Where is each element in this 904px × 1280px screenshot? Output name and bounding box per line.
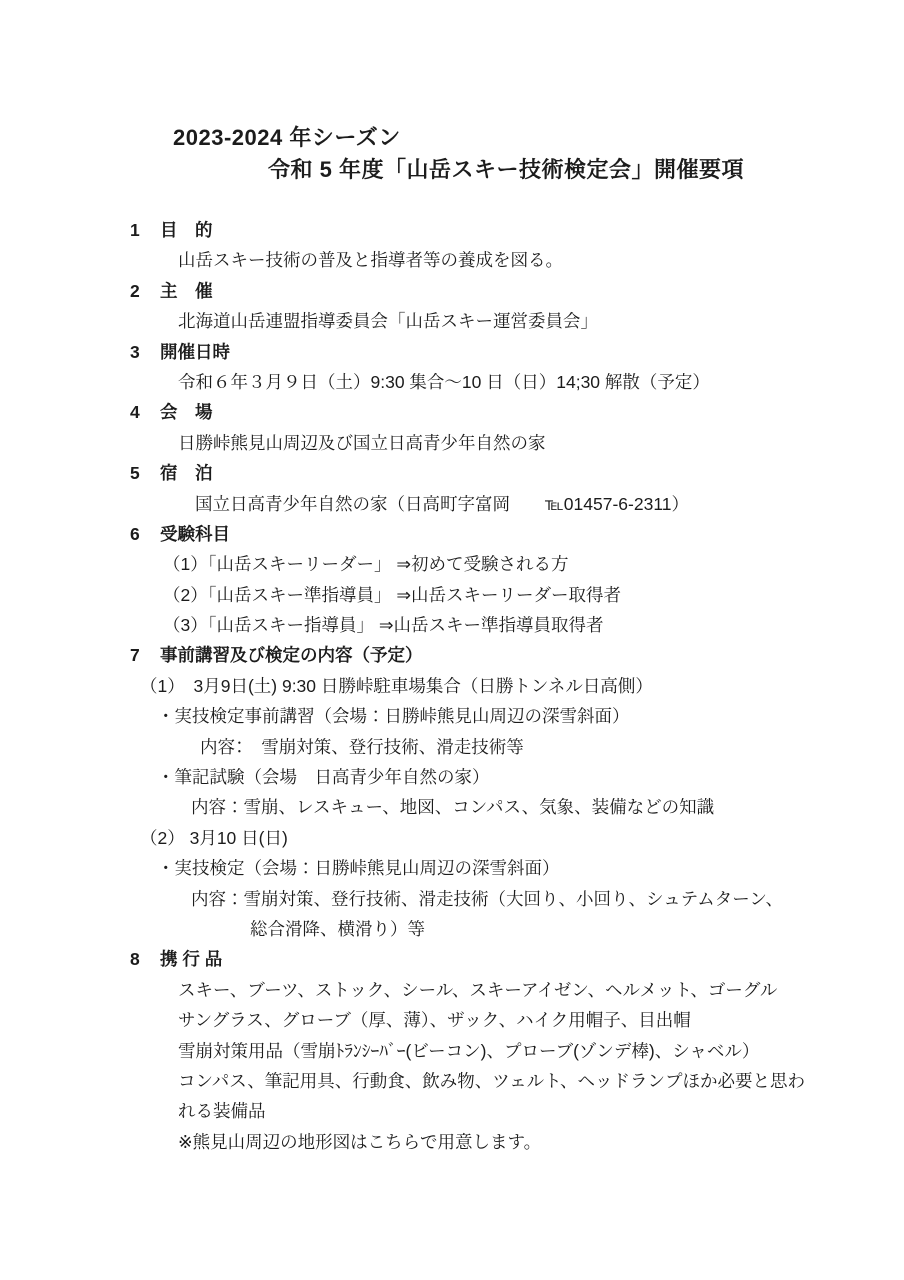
- section-1-line: 山岳スキー技術の普及と指導者等の養成を図る。: [0, 245, 904, 275]
- section-8-title: 携 行 品: [160, 949, 222, 969]
- section-7-detail-3: 内容：雪崩対策、登行技術、滑走技術（大回り、小回り、シュテムターン、: [0, 884, 904, 914]
- section-8-line-1: スキー、ブーツ、ストック、シール、スキーアイゼン、ヘルメット、ゴーグル: [0, 975, 904, 1005]
- document-page: 2023-2024 年シーズン 令和 5 年度「山岳スキー技術検定会」開催要項 …: [0, 0, 904, 1280]
- section-4-title: 会 場: [160, 402, 213, 422]
- section-3-number: 3: [130, 337, 160, 367]
- section-7-bullet-1: ・実技検定事前講習（会場：日勝峠熊見山周辺の深雪斜面）: [0, 701, 904, 731]
- section-5-heading: 5宿 泊: [0, 458, 904, 488]
- section-7-bullet-2: ・筆記試験（会場 日高青少年自然の家）: [0, 762, 904, 792]
- section-7-heading: 7事前講習及び検定の内容（予定）: [0, 640, 904, 670]
- section-6-title: 受験科目: [160, 524, 230, 544]
- section-5-number: 5: [130, 458, 160, 488]
- section-4-heading: 4会 場: [0, 397, 904, 427]
- section-1-number: 1: [130, 215, 160, 245]
- section-7-detail-1: 内容： 雪崩対策、登行技術、滑走技術等: [0, 732, 904, 762]
- section-4-number: 4: [130, 397, 160, 427]
- section-7-item-2: （2） 3月10 日(日): [0, 823, 904, 853]
- section-3-line: 令和６年３月９日（土）9:30 集合～10 日（日）14;30 解散（予定）: [0, 367, 904, 397]
- section-2-heading: 2主 催: [0, 276, 904, 306]
- section-2-title: 主 催: [160, 281, 213, 301]
- section-8-line-5: れる装備品: [0, 1096, 904, 1126]
- section-2-line: 北海道山岳連盟指導委員会「山岳スキー運営委員会」: [0, 306, 904, 336]
- section-7-number: 7: [130, 640, 160, 670]
- section-5-line: 国立日高青少年自然の家（日高町字富岡 ℡01457-6-2311）: [0, 489, 904, 519]
- section-7-detail-2: 内容：雪崩、レスキュー、地図、コンパス、気象、装備などの知識: [0, 792, 904, 822]
- section-6-heading: 6受験科目: [0, 519, 904, 549]
- section-8-number: 8: [130, 944, 160, 974]
- section-6-item-1: （1）「山岳スキーリーダー」 ⇒初めて受験される方: [0, 549, 904, 579]
- section-7-item-1: （1） 3月9日(土) 9:30 日勝峠駐車場集合（日勝トンネル日高側）: [0, 671, 904, 701]
- doc-title-main: 令和 5 年度「山岳スキー技術検定会」開催要項: [268, 154, 744, 185]
- section-8-heading: 8携 行 品: [0, 944, 904, 974]
- section-3-heading: 3開催日時: [0, 337, 904, 367]
- section-4-line: 日勝峠熊見山周辺及び国立日高青少年自然の家: [0, 428, 904, 458]
- section-1-title: 目 的: [160, 220, 213, 240]
- section-2-number: 2: [130, 276, 160, 306]
- doc-title-season: 2023-2024 年シーズン: [173, 122, 401, 153]
- doc-body: 1目 的 山岳スキー技術の普及と指導者等の養成を図る。 2主 催 北海道山岳連盟…: [0, 215, 904, 1157]
- section-8-note: ※熊見山周辺の地形図はこちらで用意します。: [0, 1127, 904, 1157]
- section-7-title: 事前講習及び検定の内容（予定）: [160, 645, 423, 665]
- section-8-line-4: コンパス、筆記用具、行動食、飲み物、ツェルト、ヘッドランプほか必要と思わ: [0, 1066, 904, 1096]
- section-7-bullet-3: ・実技検定（会場：日勝峠熊見山周辺の深雪斜面）: [0, 853, 904, 883]
- section-1-heading: 1目 的: [0, 215, 904, 245]
- section-3-title: 開催日時: [160, 342, 230, 362]
- section-7-detail-3-continued: 総合滑降、横滑り）等: [0, 914, 904, 944]
- section-5-title: 宿 泊: [160, 463, 213, 483]
- section-6-item-2: （2）「山岳スキー準指導員」 ⇒山岳スキーリーダー取得者: [0, 580, 904, 610]
- section-8-line-2: サングラス、グローブ（厚、薄）、ザック、ハイク用帽子、目出帽: [0, 1005, 904, 1035]
- section-8-line-3: 雪崩対策用品（雪崩ﾄﾗﾝｼｰﾊﾞｰ(ビーコン)、プローブ(ゾンデ棒)、シャベル）: [0, 1036, 904, 1066]
- section-6-item-3: （3）「山岳スキー指導員」 ⇒山岳スキー準指導員取得者: [0, 610, 904, 640]
- section-6-number: 6: [130, 519, 160, 549]
